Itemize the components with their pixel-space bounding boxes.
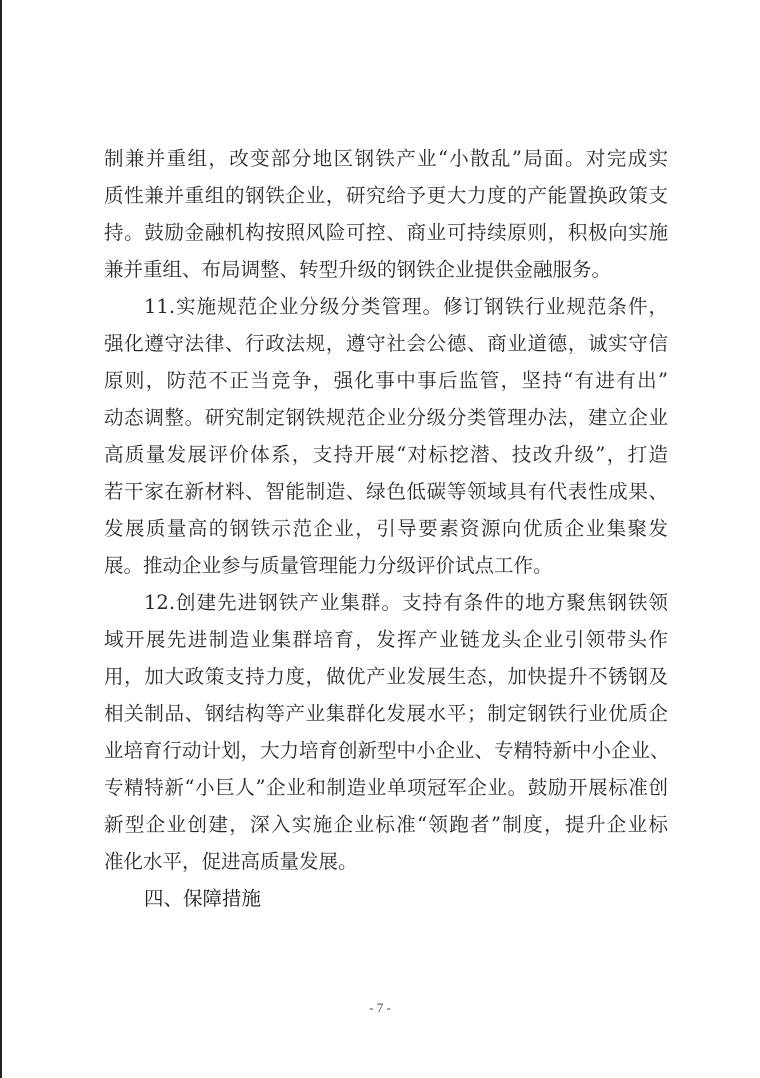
text-line: 若干家在新材料、智能制造、绿色低碳等领域具有代表性成果、 — [104, 473, 668, 510]
text-line: 兼并重组、布局调整、转型升级的钢铁企业提供金融服务。 — [104, 251, 668, 288]
text-line: 质性兼并重组的钢铁企业，研究给予更大力度的产能置换政策支 — [104, 177, 668, 214]
text-line: 强化遵守法律、行政法规，遵守社会公德、商业道德，诚实守信 — [104, 325, 668, 362]
page-number: - 7 - — [0, 1000, 760, 1016]
page-left-border — [0, 0, 2, 1078]
document-body: 制兼并重组，改变部分地区钢铁产业“小散乱”局面。对完成实 质性兼并重组的钢铁企业… — [104, 140, 668, 917]
paragraph-11-start: 11.实施规范企业分级分类管理。修订钢铁行业规范条件， — [104, 288, 668, 325]
paragraph-12-start: 12.创建先进钢铁产业集群。支持有条件的地方聚焦钢铁领 — [104, 584, 668, 621]
text-line: 原则，防范不正当竞争，强化事中事后监管，坚持“有进有出” — [104, 362, 668, 399]
text-line: 高质量发展评价体系，支持开展“对标挖潜、技改升级”，打造 — [104, 436, 668, 473]
text-line: 制兼并重组，改变部分地区钢铁产业“小散乱”局面。对完成实 — [104, 140, 668, 177]
text-line: 新型企业创建，深入实施企业标准“领跑者”制度，提升企业标 — [104, 806, 668, 843]
text-line: 发展质量高的钢铁示范企业，引导要素资源向优质企业集聚发 — [104, 510, 668, 547]
text-line: 域开展先进制造业集群培育，发挥产业链龙头企业引领带头作 — [104, 621, 668, 658]
text-line: 动态调整。研究制定钢铁规范企业分级分类管理办法，建立企业 — [104, 399, 668, 436]
text-line: 展。推动企业参与质量管理能力分级评价试点工作。 — [104, 547, 668, 584]
text-line: 相关制品、钢结构等产业集群化发展水平；制定钢铁行业优质企 — [104, 695, 668, 732]
text-line: 用，加大政策支持力度，做优产业发展生态，加快提升不锈钢及 — [104, 658, 668, 695]
section-heading: 四、保障措施 — [104, 880, 668, 917]
text-line: 准化水平，促进高质量发展。 — [104, 843, 668, 880]
text-line: 业培育行动计划，大力培育创新型中小企业、专精特新中小企业、 — [104, 732, 668, 769]
text-line: 专精特新“小巨人”企业和制造业单项冠军企业。鼓励开展标准创 — [104, 769, 668, 806]
text-line: 持。鼓励金融机构按照风险可控、商业可持续原则，积极向实施 — [104, 214, 668, 251]
